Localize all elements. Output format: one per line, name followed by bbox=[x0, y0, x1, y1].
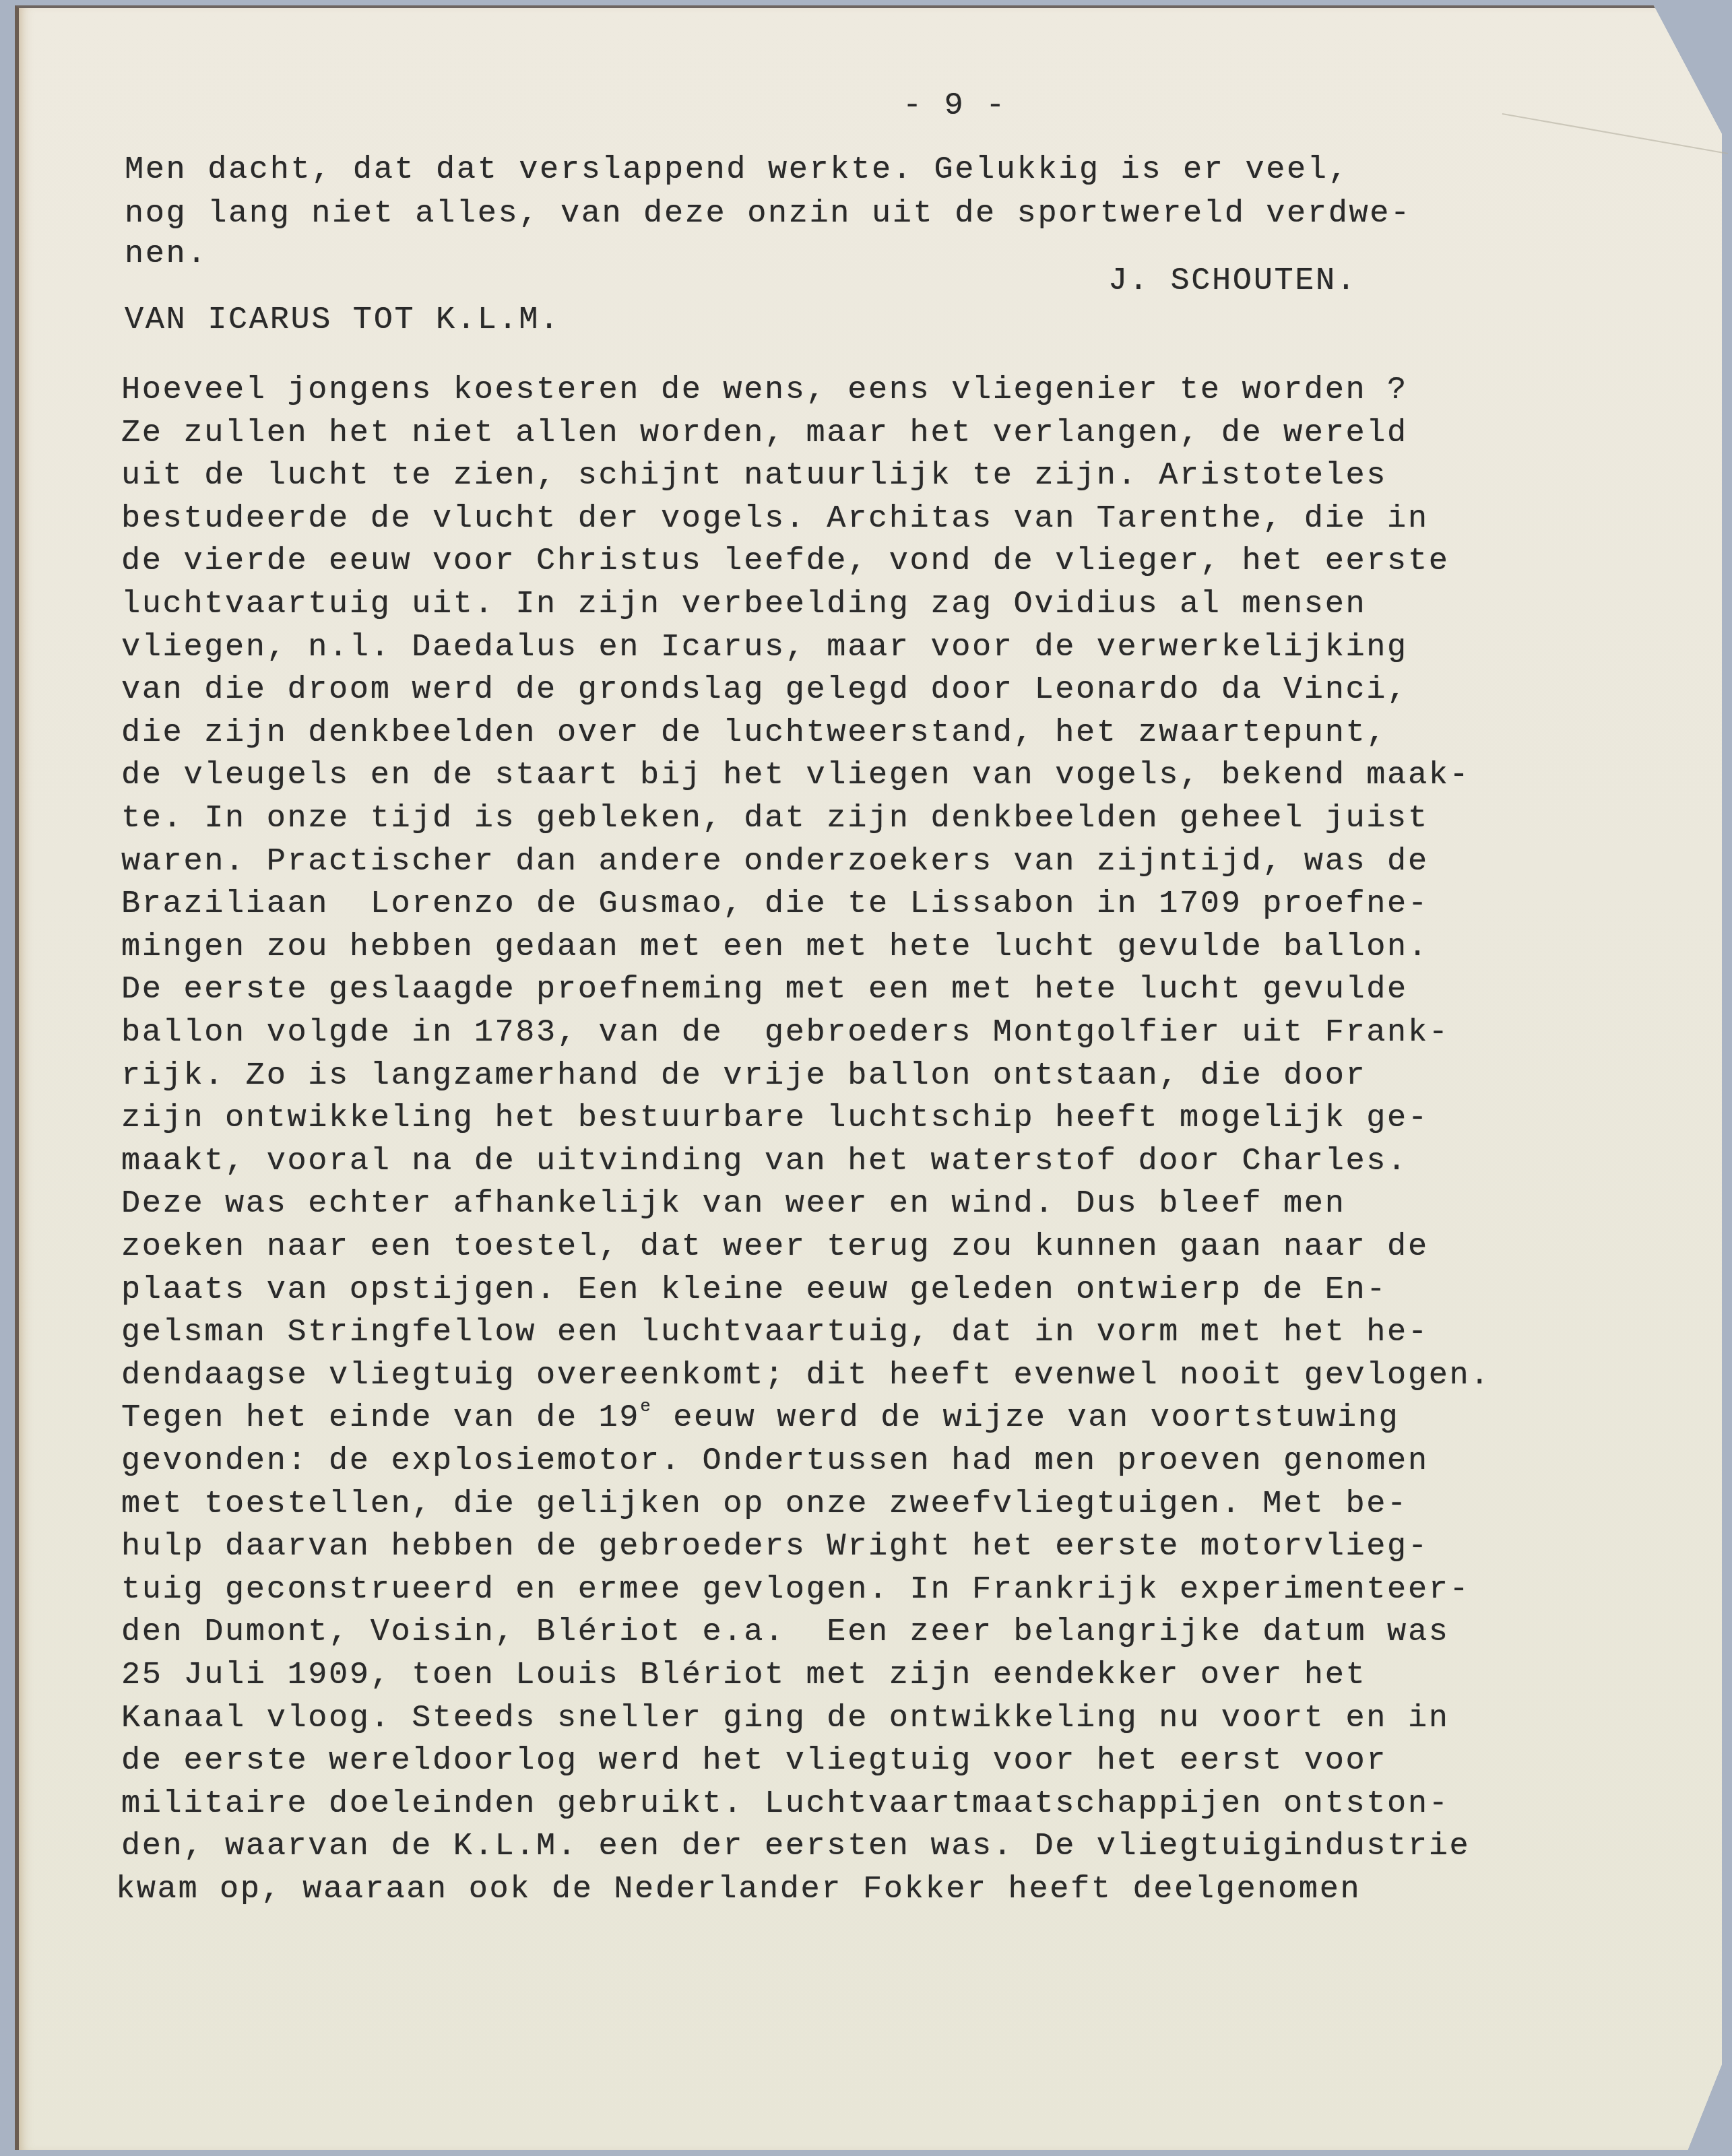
text-line: de vleugels en de staart bij het vliegen… bbox=[121, 757, 1470, 795]
text-line: van die droom werd de grondslag gelegd d… bbox=[121, 672, 1408, 709]
text-line: hulp daarvan hebben de gebroeders Wright… bbox=[121, 1528, 1429, 1566]
text-line: die zijn denkbeelden over de luchtweerst… bbox=[121, 715, 1387, 752]
text-line: uit de lucht te zien, schijnt natuurlijk… bbox=[121, 457, 1387, 495]
text-line-start: Tegen het einde van de 19 bbox=[121, 1400, 640, 1436]
ordinal-superscript: e bbox=[640, 1396, 652, 1416]
article-title: VAN ICARUS TOT K.L.M. bbox=[125, 302, 560, 339]
text-line: Ze zullen het niet allen worden, maar he… bbox=[121, 415, 1408, 453]
text-line: zijn ontwikkeling het bestuurbare luchts… bbox=[121, 1100, 1429, 1138]
text-line-end: eeuw werd de wijze van voortstuwing bbox=[652, 1400, 1399, 1436]
text-line: gevonden: de explosiemotor. Ondertussen … bbox=[121, 1443, 1429, 1480]
text-line: nog lang niet alles, van deze onzin uit … bbox=[125, 195, 1411, 233]
text-line: Deze was echter afhankelijk van weer en … bbox=[121, 1185, 1345, 1223]
text-line: zoeken naar een toestel, dat weer terug … bbox=[121, 1229, 1429, 1266]
text-line: den, waarvan de K.L.M. een der eersten w… bbox=[121, 1828, 1470, 1866]
text-line: tuig geconstrueerd en ermee gevlogen. In… bbox=[121, 1571, 1470, 1609]
text-line: plaats van opstijgen. Een kleine eeuw ge… bbox=[121, 1272, 1387, 1309]
text-line: kwam op, waaraan ook de Nederlander Fokk… bbox=[116, 1871, 1361, 1909]
text-line: Hoeveel jongens koesteren de wens, eens … bbox=[121, 372, 1408, 410]
text-line: nen. bbox=[125, 236, 207, 273]
text-line: De eerste geslaagde proefneming met een … bbox=[121, 971, 1408, 1009]
text-line: te. In onze tijd is gebleken, dat zijn d… bbox=[121, 800, 1429, 838]
text-line: de vierde eeuw voor Christus leefde, von… bbox=[121, 543, 1450, 581]
text-line: gelsman Stringfellow een luchtvaartuig, … bbox=[121, 1314, 1429, 1352]
text-line: dendaagse vliegtuig overeenkomt; dit hee… bbox=[121, 1357, 1491, 1395]
text-line: de eerste wereldoorlog werd het vliegtui… bbox=[121, 1742, 1387, 1780]
text-line: met toestellen, die gelijken op onze zwe… bbox=[121, 1486, 1408, 1524]
text-line: maakt, vooral na de uitvinding van het w… bbox=[121, 1143, 1408, 1181]
text-line: Braziliaan Lorenzo de Gusmao, die te Lis… bbox=[121, 886, 1429, 923]
text-line: waren. Practischer dan andere onderzoeke… bbox=[121, 843, 1429, 881]
text-line: Kanaal vloog. Steeds sneller ging de ont… bbox=[121, 1700, 1450, 1738]
text-line: mingen zou hebben gedaan met een met het… bbox=[121, 929, 1429, 967]
text-line: militaire doeleinden gebruikt. Luchtvaar… bbox=[121, 1786, 1450, 1823]
text-line: vliegen, n.l. Daedalus en Icarus, maar v… bbox=[121, 629, 1408, 667]
page-number: - 9 - bbox=[903, 88, 1006, 125]
text-line: luchtvaartuig uit. In zijn verbeelding z… bbox=[121, 586, 1366, 624]
text-line: den Dumont, Voisin, Blériot e.a. Een zee… bbox=[121, 1614, 1450, 1652]
text-line: bestudeerde de vlucht der vogels. Archit… bbox=[121, 500, 1429, 538]
text-line: Men dacht, dat dat verslappend werkte. G… bbox=[125, 152, 1349, 189]
text-line: ballon volgde in 1783, van de gebroeders… bbox=[121, 1014, 1450, 1052]
text-line: Tegen het einde van de 19e eeuw werd de … bbox=[121, 1400, 1399, 1437]
text-line: 25 Juli 1909, toen Louis Blériot met zij… bbox=[121, 1657, 1366, 1695]
text-line: rijk. Zo is langzamerhand de vrije ballo… bbox=[121, 1057, 1366, 1095]
author-signature: J. SCHOUTEN. bbox=[1108, 263, 1357, 300]
